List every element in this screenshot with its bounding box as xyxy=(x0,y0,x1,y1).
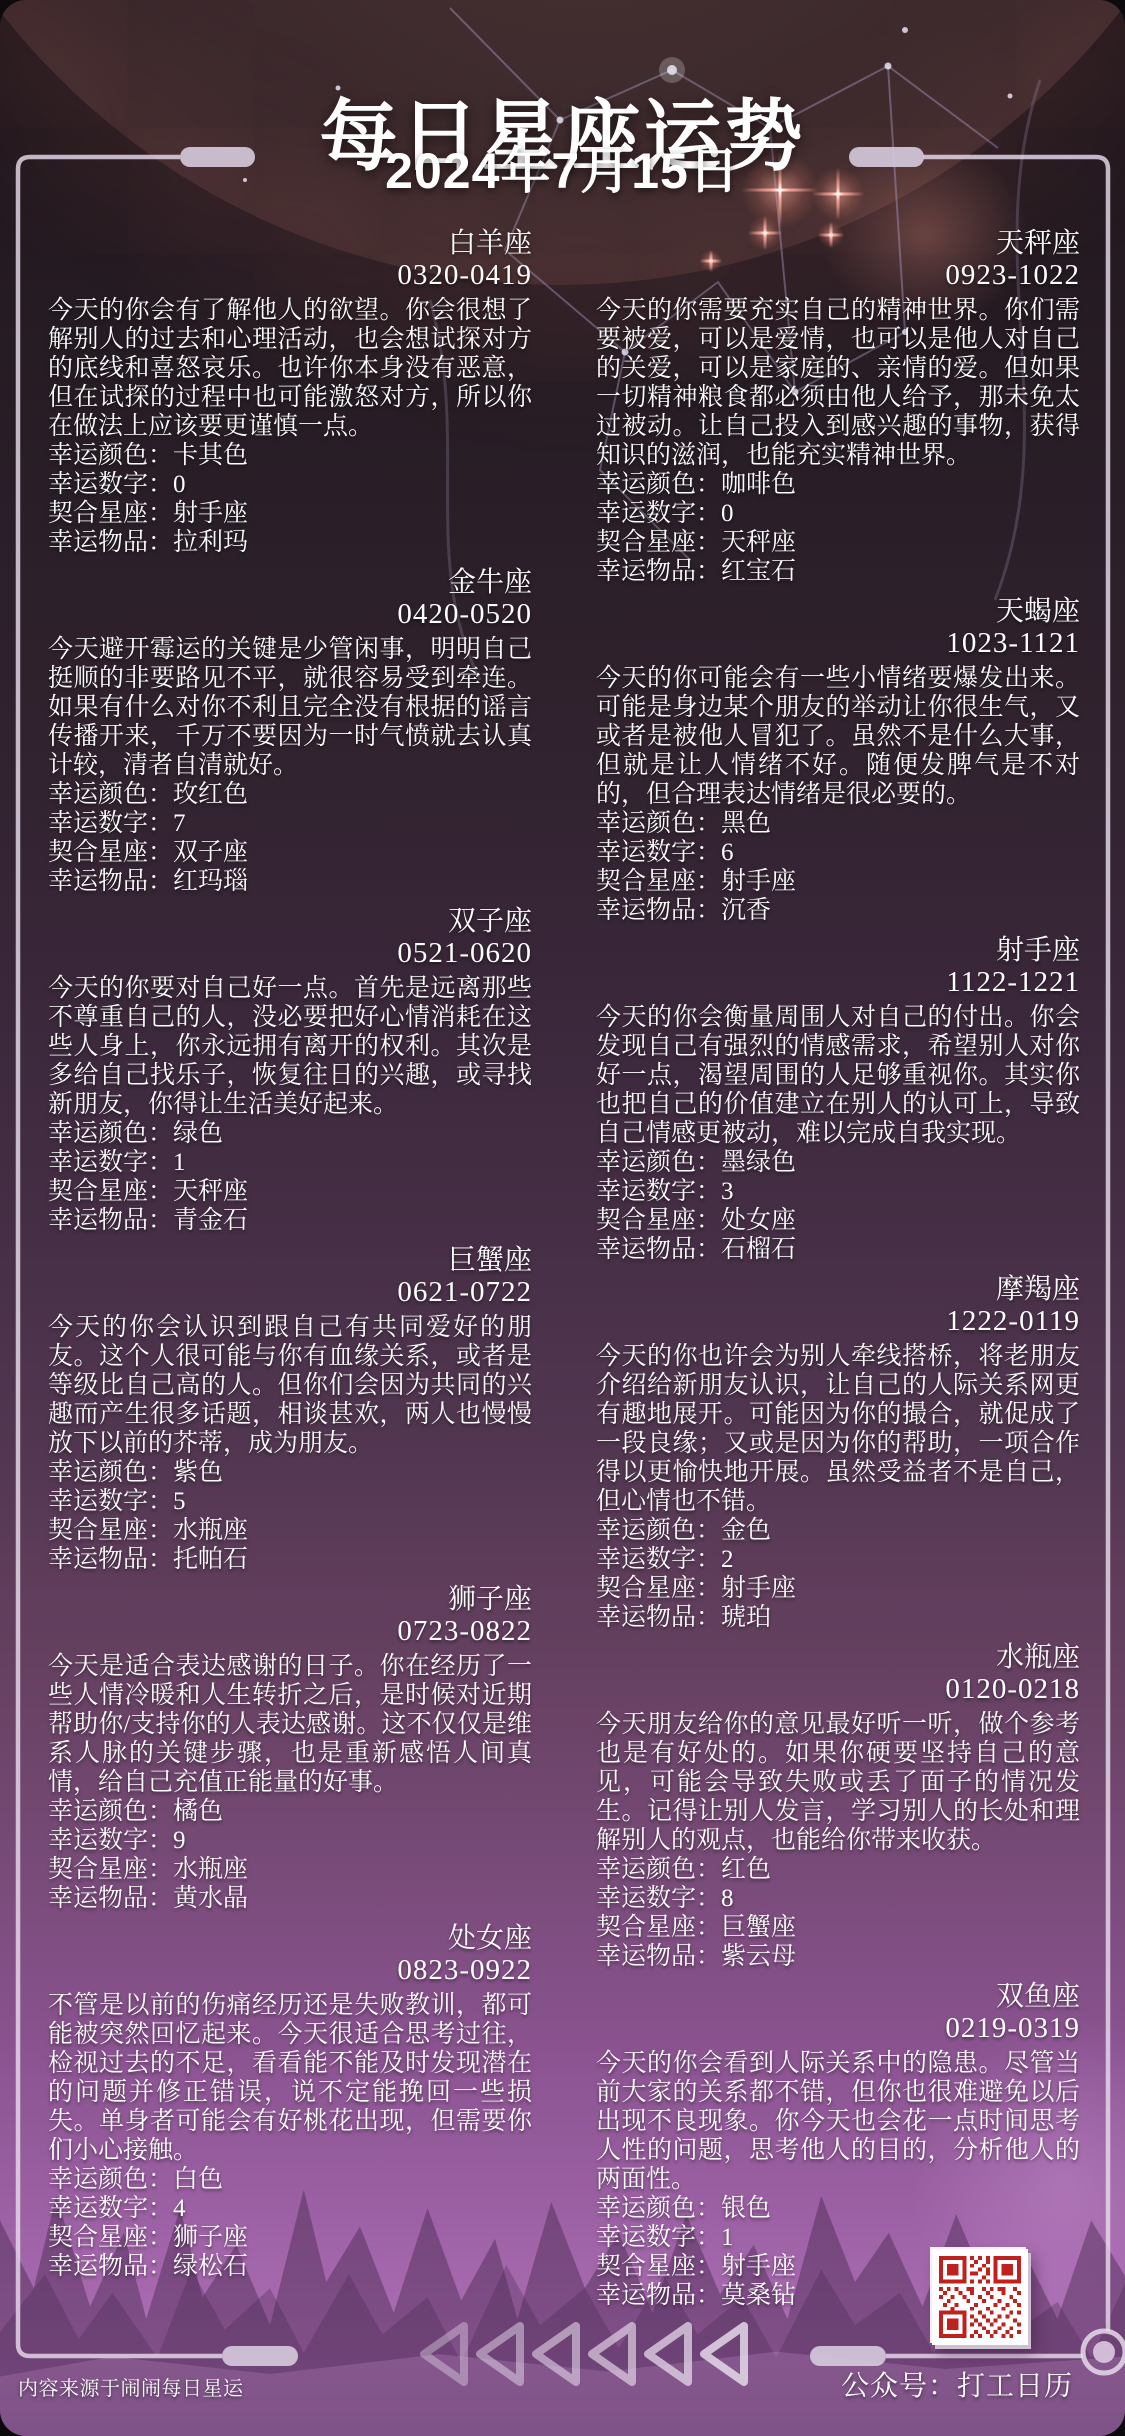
lucky-color-value: 卡其色 xyxy=(173,442,248,469)
lucky-item-label: 幸运物品： xyxy=(596,558,721,585)
match-sign-value: 狮子座 xyxy=(173,2224,248,2251)
sign-fortune-text: 今天的你也许会为别人牵线搭桥，将老朋友介绍给新朋友认识，让自己的人际关系网更有趣… xyxy=(596,1342,1080,1516)
sign-fortune-text: 今天的你要对自己好一点。首先是远离那些不尊重自己的人，没必要把好心情消耗在这些人… xyxy=(48,974,532,1119)
lucky-color-label: 幸运颜色： xyxy=(48,1459,173,1486)
lucky-color-row: 幸运颜色：白色 xyxy=(48,2165,532,2194)
sign-block: 狮子座 0723-0822 今天是适合表达感谢的日子。你在经历了一些人情冷暖和人… xyxy=(48,1584,532,1913)
lucky-item-value: 黄水晶 xyxy=(173,1885,248,1912)
lucky-color-value: 白色 xyxy=(173,2166,223,2193)
sign-date-range: 0420-0520 xyxy=(48,598,532,631)
lucky-color-row: 幸运颜色：墨绿色 xyxy=(596,1148,1080,1177)
lucky-item-value: 琥珀 xyxy=(721,1604,771,1631)
sign-name: 天蝎座 xyxy=(596,596,1080,627)
sign-date-range: 0621-0722 xyxy=(48,1276,532,1309)
sign-name: 天秤座 xyxy=(596,228,1080,259)
match-sign-row: 契合星座：射手座 xyxy=(48,499,532,528)
match-sign-value: 射手座 xyxy=(721,868,796,895)
lucky-number-row: 幸运数字：1 xyxy=(596,2223,1080,2252)
lucky-color-label: 幸运颜色： xyxy=(596,2195,721,2222)
sign-fortune-text: 今天是适合表达感谢的日子。你在经历了一些人情冷暖和人生转折之后，是时候对近期帮助… xyxy=(48,1652,532,1797)
lucky-item-value: 绿松石 xyxy=(173,2253,248,2280)
sign-fortune-text: 今天朋友给你的意见最好听一听，做个参考也是有好处的。如果你硬要坚持自己的意见，可… xyxy=(596,1710,1080,1855)
sign-block: 金牛座 0420-0520 今天避开霉运的关键是少管闲事，明明自己挺顺的非要路见… xyxy=(48,567,532,896)
lucky-number-value: 7 xyxy=(173,810,186,837)
lucky-number-value: 8 xyxy=(721,1885,734,1912)
pill-handle xyxy=(810,2346,886,2366)
lucky-number-value: 9 xyxy=(173,1827,186,1854)
lucky-color-value: 紫色 xyxy=(173,1459,223,1486)
lucky-item-value: 紫云母 xyxy=(721,1943,796,1970)
lucky-number-label: 幸运数字： xyxy=(48,1149,173,1176)
sign-name: 双子座 xyxy=(48,906,532,937)
lucky-color-value: 银色 xyxy=(721,2195,771,2222)
lucky-item-value: 拉利玛 xyxy=(173,529,248,556)
lucky-color-value: 咖啡色 xyxy=(721,471,796,498)
match-sign-label: 契合星座： xyxy=(48,1178,173,1205)
match-sign-row: 契合星座：天秤座 xyxy=(596,528,1080,557)
lucky-number-row: 幸运数字：0 xyxy=(596,499,1080,528)
sign-block: 天秤座 0923-1022 今天的你需要充实自己的精神世界。你们需要被爱，可以是… xyxy=(596,228,1080,586)
lucky-color-row: 幸运颜色：卡其色 xyxy=(48,441,532,470)
match-sign-row: 契合星座：巨蟹座 xyxy=(596,1913,1080,1942)
lucky-color-row: 幸运颜色：黑色 xyxy=(596,809,1080,838)
sign-block: 射手座 1122-1221 今天的你会衡量周围人对自己的付出。你会发现自己有强烈… xyxy=(596,935,1080,1264)
sign-fortune-text: 今天的你会认识到跟自己有共同爱好的朋友。这个人很可能与你有血缘关系，或者是等级比… xyxy=(48,1313,532,1458)
sign-name: 狮子座 xyxy=(48,1584,532,1615)
lucky-color-value: 红色 xyxy=(721,1856,771,1883)
sign-block: 双子座 0521-0620 今天的你要对自己好一点。首先是远离那些不尊重自己的人… xyxy=(48,906,532,1235)
sign-block: 巨蟹座 0621-0722 今天的你会认识到跟自己有共同爱好的朋友。这个人很可能… xyxy=(48,1245,532,1574)
lucky-item-label: 幸运物品： xyxy=(48,1546,173,1573)
lucky-color-value: 黑色 xyxy=(721,810,771,837)
sign-date-range: 1222-0119 xyxy=(596,1305,1080,1338)
lucky-color-row: 幸运颜色：银色 xyxy=(596,2194,1080,2223)
sign-name: 金牛座 xyxy=(48,567,532,598)
lucky-item-row: 幸运物品：青金石 xyxy=(48,1206,532,1235)
sign-fortune-text: 今天的你会有了解他人的欲望。你会很想了解别人的过去和心理活动，也会想试探对方的底… xyxy=(48,296,532,441)
match-sign-value: 双子座 xyxy=(173,839,248,866)
lucky-number-row: 幸运数字：5 xyxy=(48,1487,532,1516)
sign-block: 摩羯座 1222-0119 今天的你也许会为别人牵线搭桥，将老朋友介绍给新朋友认… xyxy=(596,1274,1080,1632)
lucky-color-row: 幸运颜色：玫红色 xyxy=(48,780,532,809)
lucky-color-value: 橘色 xyxy=(173,1798,223,1825)
sign-block: 水瓶座 0120-0218 今天朋友给你的意见最好听一听，做个参考也是有好处的。… xyxy=(596,1642,1080,1971)
sign-fortune-text: 今天的你会看到人际关系中的隐患。尽管当前大家的关系都不错，但你也很难避免以后出现… xyxy=(596,2049,1080,2194)
lucky-number-value: 0 xyxy=(173,471,186,498)
sign-date-range: 0120-0218 xyxy=(596,1673,1080,1706)
lucky-item-label: 幸运物品： xyxy=(596,2282,721,2309)
lucky-number-label: 幸运数字： xyxy=(48,471,173,498)
lucky-item-label: 幸运物品： xyxy=(48,1207,173,1234)
lucky-item-value: 莫桑钻 xyxy=(721,2282,796,2309)
lucky-color-label: 幸运颜色： xyxy=(48,1120,173,1147)
column-left: 白羊座 0320-0419 今天的你会有了解他人的欲望。你会很想了解别人的过去和… xyxy=(48,228,532,2320)
lucky-item-row: 幸运物品：红宝石 xyxy=(596,557,1080,586)
sign-name: 双鱼座 xyxy=(596,1981,1080,2012)
sign-name: 射手座 xyxy=(596,935,1080,966)
lucky-color-label: 幸运颜色： xyxy=(48,781,173,808)
sign-date-range: 0923-1022 xyxy=(596,259,1080,292)
lucky-number-value: 4 xyxy=(173,2195,186,2222)
lucky-color-label: 幸运颜色： xyxy=(596,1856,721,1883)
match-sign-label: 契合星座： xyxy=(596,529,721,556)
lucky-color-label: 幸运颜色： xyxy=(48,442,173,469)
lucky-number-label: 幸运数字： xyxy=(596,2224,721,2251)
sign-name: 巨蟹座 xyxy=(48,1245,532,1276)
lucky-item-value: 红宝石 xyxy=(721,558,796,585)
match-sign-label: 契合星座： xyxy=(48,500,173,527)
lucky-item-value: 青金石 xyxy=(173,1207,248,1234)
lucky-number-value: 1 xyxy=(173,1149,186,1176)
sign-name: 处女座 xyxy=(48,1923,532,1954)
lucky-number-row: 幸运数字：9 xyxy=(48,1826,532,1855)
lucky-number-value: 1 xyxy=(721,2224,734,2251)
lucky-number-row: 幸运数字：4 xyxy=(48,2194,532,2223)
match-sign-label: 契合星座： xyxy=(596,2253,721,2280)
lucky-item-value: 红玛瑙 xyxy=(173,868,248,895)
sign-date-range: 0823-0922 xyxy=(48,1954,532,1987)
match-sign-value: 射手座 xyxy=(721,2253,796,2280)
lucky-item-value: 石榴石 xyxy=(721,1236,796,1263)
lucky-item-label: 幸运物品： xyxy=(48,868,173,895)
match-sign-label: 契合星座： xyxy=(48,839,173,866)
lucky-number-value: 2 xyxy=(721,1546,734,1573)
horoscope-poster: 每日星座运势 2024年7月15日 白羊座 0320-0419 今天的你会有了解… xyxy=(0,0,1125,2436)
lucky-number-value: 5 xyxy=(173,1488,186,1515)
lucky-item-value: 托帕石 xyxy=(173,1546,248,1573)
lucky-number-value: 6 xyxy=(721,839,734,866)
lucky-color-label: 幸运颜色： xyxy=(596,1517,721,1544)
sign-date-range: 0219-0319 xyxy=(596,2012,1080,2045)
lucky-color-label: 幸运颜色： xyxy=(48,1798,173,1825)
column-right: 天秤座 0923-1022 今天的你需要充实自己的精神世界。你们需要被爱，可以是… xyxy=(596,228,1080,2320)
account-credit: 公众号：打工日历 xyxy=(841,2364,1073,2404)
lucky-color-value: 绿色 xyxy=(173,1120,223,1147)
match-sign-value: 巨蟹座 xyxy=(721,1914,796,1941)
match-sign-value: 处女座 xyxy=(721,1207,796,1234)
sign-date-range: 1122-1221 xyxy=(596,966,1080,999)
lucky-color-row: 幸运颜色：金色 xyxy=(596,1516,1080,1545)
content-columns: 白羊座 0320-0419 今天的你会有了解他人的欲望。你会很想了解别人的过去和… xyxy=(48,228,1080,2320)
lucky-number-value: 3 xyxy=(721,1178,734,1205)
lucky-number-row: 幸运数字：3 xyxy=(596,1177,1080,1206)
sign-fortune-text: 不管是以前的伤痛经历还是失败教训，都可能被突然回忆起来。今天很适合思考过往，检视… xyxy=(48,1991,532,2165)
match-sign-row: 契合星座：水瓶座 xyxy=(48,1855,532,1884)
sign-name: 摩羯座 xyxy=(596,1274,1080,1305)
lucky-item-label: 幸运物品： xyxy=(48,2253,173,2280)
match-sign-label: 契合星座： xyxy=(596,1207,721,1234)
match-sign-label: 契合星座： xyxy=(596,1575,721,1602)
pill-handle xyxy=(222,2346,298,2366)
lucky-item-label: 幸运物品： xyxy=(596,1236,721,1263)
source-credit: 内容来源于闹闹每日星运 xyxy=(18,2372,244,2401)
lucky-color-label: 幸运颜色： xyxy=(596,471,721,498)
lucky-item-row: 幸运物品：紫云母 xyxy=(596,1942,1080,1971)
left-triangle-arrows-icon xyxy=(424,2326,744,2382)
sign-fortune-text: 今天避开霉运的关键是少管闲事，明明自己挺顺的非要路见不平，就很容易受到牵连。如果… xyxy=(48,635,532,780)
lucky-number-label: 幸运数字： xyxy=(596,839,721,866)
match-sign-value: 射手座 xyxy=(173,500,248,527)
lucky-color-label: 幸运颜色： xyxy=(596,810,721,837)
lucky-color-row: 幸运颜色：绿色 xyxy=(48,1119,532,1148)
lucky-number-row: 幸运数字：6 xyxy=(596,838,1080,867)
lucky-number-row: 幸运数字：8 xyxy=(596,1884,1080,1913)
match-sign-row: 契合星座：双子座 xyxy=(48,838,532,867)
match-sign-value: 水瓶座 xyxy=(173,1856,248,1883)
lucky-color-row: 幸运颜色：橘色 xyxy=(48,1797,532,1826)
match-sign-label: 契合星座： xyxy=(48,1517,173,1544)
sign-fortune-text: 今天的你会衡量周围人对自己的付出。你会发现自己有强烈的情感需求，希望别人对你好一… xyxy=(596,1003,1080,1148)
lucky-number-row: 幸运数字：0 xyxy=(48,470,532,499)
match-sign-value: 天秤座 xyxy=(173,1178,248,1205)
lucky-number-label: 幸运数字： xyxy=(48,810,173,837)
lucky-number-label: 幸运数字： xyxy=(48,2195,173,2222)
lucky-color-label: 幸运颜色： xyxy=(48,2166,173,2193)
match-sign-row: 契合星座：天秤座 xyxy=(48,1177,532,1206)
lucky-number-label: 幸运数字： xyxy=(48,1827,173,1854)
sign-name: 水瓶座 xyxy=(596,1642,1080,1673)
match-sign-row: 契合星座：水瓶座 xyxy=(48,1516,532,1545)
match-sign-label: 契合星座： xyxy=(596,868,721,895)
match-sign-label: 契合星座： xyxy=(48,1856,173,1883)
lucky-item-label: 幸运物品： xyxy=(48,1885,173,1912)
lucky-item-row: 幸运物品：拉利玛 xyxy=(48,528,532,557)
lucky-item-row: 幸运物品：黄水晶 xyxy=(48,1884,532,1913)
lucky-item-row: 幸运物品：沉香 xyxy=(596,896,1080,925)
match-sign-row: 契合星座：狮子座 xyxy=(48,2223,532,2252)
lucky-item-row: 幸运物品：琥珀 xyxy=(596,1603,1080,1632)
lucky-item-row: 幸运物品：石榴石 xyxy=(596,1235,1080,1264)
target-circle-decoration xyxy=(1083,2331,1125,2373)
lucky-color-row: 幸运颜色：红色 xyxy=(596,1855,1080,1884)
lucky-number-row: 幸运数字：7 xyxy=(48,809,532,838)
lucky-color-value: 玫红色 xyxy=(173,781,248,808)
lucky-color-row: 幸运颜色：紫色 xyxy=(48,1458,532,1487)
match-sign-label: 契合星座： xyxy=(48,2224,173,2251)
lucky-item-row: 幸运物品：红玛瑙 xyxy=(48,867,532,896)
lucky-number-label: 幸运数字： xyxy=(596,1885,721,1912)
lucky-number-value: 0 xyxy=(721,500,734,527)
lucky-number-row: 幸运数字：2 xyxy=(596,1545,1080,1574)
sign-date-range: 0723-0822 xyxy=(48,1615,532,1648)
lucky-number-label: 幸运数字： xyxy=(596,500,721,527)
lucky-color-value: 墨绿色 xyxy=(721,1149,796,1176)
lucky-color-label: 幸运颜色： xyxy=(596,1149,721,1176)
sign-block: 处女座 0823-0922 不管是以前的伤痛经历还是失败教训，都可能被突然回忆起… xyxy=(48,1923,532,2281)
sign-date-range: 0521-0620 xyxy=(48,937,532,970)
lucky-number-row: 幸运数字：1 xyxy=(48,1148,532,1177)
match-sign-value: 水瓶座 xyxy=(173,1517,248,1544)
sign-date-range: 1023-1121 xyxy=(596,627,1080,660)
match-sign-value: 射手座 xyxy=(721,1575,796,1602)
lucky-item-label: 幸运物品： xyxy=(596,1604,721,1631)
lucky-number-label: 幸运数字： xyxy=(596,1178,721,1205)
page-date: 2024年7月15日 xyxy=(0,131,1125,203)
lucky-item-label: 幸运物品： xyxy=(596,1943,721,1970)
sign-block: 白羊座 0320-0419 今天的你会有了解他人的欲望。你会很想了解别人的过去和… xyxy=(48,228,532,557)
match-sign-row: 契合星座：射手座 xyxy=(596,867,1080,896)
match-sign-row: 契合星座：射手座 xyxy=(596,1574,1080,1603)
sign-fortune-text: 今天的你可能会有一些小情绪要爆发出来。可能是身边某个朋友的举动让你很生气，又或者… xyxy=(596,664,1080,809)
match-sign-label: 契合星座： xyxy=(596,1914,721,1941)
lucky-number-label: 幸运数字： xyxy=(596,1546,721,1573)
lucky-number-label: 幸运数字： xyxy=(48,1488,173,1515)
lucky-item-value: 沉香 xyxy=(721,897,771,924)
lucky-color-row: 幸运颜色：咖啡色 xyxy=(596,470,1080,499)
lucky-item-row: 幸运物品：托帕石 xyxy=(48,1545,532,1574)
lucky-item-row: 幸运物品：绿松石 xyxy=(48,2252,532,2281)
lucky-color-value: 金色 xyxy=(721,1517,771,1544)
qr-code xyxy=(932,2249,1028,2345)
match-sign-value: 天秤座 xyxy=(721,529,796,556)
lucky-item-label: 幸运物品： xyxy=(596,897,721,924)
sign-name: 白羊座 xyxy=(48,228,532,259)
sign-block: 天蝎座 1023-1121 今天的你可能会有一些小情绪要爆发出来。可能是身边某个… xyxy=(596,596,1080,925)
sign-fortune-text: 今天的你需要充实自己的精神世界。你们需要被爱，可以是爱情，也可以是他人对自己的关… xyxy=(596,296,1080,470)
match-sign-row: 契合星座：处女座 xyxy=(596,1206,1080,1235)
sign-date-range: 0320-0419 xyxy=(48,259,532,292)
lucky-item-label: 幸运物品： xyxy=(48,529,173,556)
